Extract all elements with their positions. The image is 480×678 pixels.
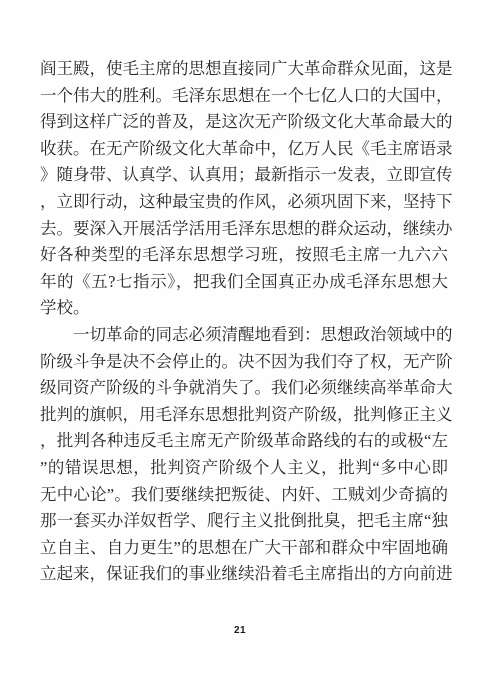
text-line: ，立即行动，这种最宝贵的作风，必须巩固下来，坚持下 [40,189,448,216]
text-line: 级同资产阶级的斗争就消失了。我们必须继续高举革命大 [40,375,448,402]
text-line: 那一套买办洋奴哲学、爬行主义批倒批臭，把毛主席“独 [40,508,448,535]
body-text: 阎王殿，使毛主席的思想直接同广大革命群众见面，这是 一个伟大的胜利。毛泽东思想在… [40,56,448,588]
text-line: 无中心论”。我们要继续把叛徒、内奸、工贼刘少奇搞的 [40,482,448,509]
text-line: 一个伟大的胜利。毛泽东思想在一个七亿人口的大国中， [40,83,448,110]
text-line: 批判的旗帜，用毛泽东思想批判资产阶级，批判修正主义 [40,402,448,429]
text-line: 阶级斗争是决不会停止的。决不因为我们夺了权，无产阶 [40,349,448,376]
document-page: 阎王殿，使毛主席的思想直接同广大革命群众见面，这是 一个伟大的胜利。毛泽东思想在… [0,0,480,678]
text-line: 得到这样广泛的普及，是这次无产阶级文化大革命最大的 [40,109,448,136]
text-line: 立起来，保证我们的事业继续沿着毛主席指出的方向前进 [40,561,448,588]
text-line: 立自主、自力更生”的思想在广大干部和群众中牢固地确 [40,535,448,562]
text-line: 阎王殿，使毛主席的思想直接同广大革命群众见面，这是 [40,56,448,83]
text-line: 好各种类型的毛泽东思想学习班，按照毛主席一九六六 [40,242,448,269]
text-line: ，批判各种违反毛主席无产阶级革命路线的右的或极“左 [40,428,448,455]
text-line: 年的《五?七指示》，把我们全国真正办成毛泽东思想大 [40,269,448,296]
text-line-paragraph-start: 一切革命的同志必须清醒地看到：思想政治领域中的 [40,322,448,349]
text-line-paragraph-end: 学校。 [40,295,448,322]
text-line: 》随身带、认真学、认真用；最新指示一发表，立即宣传 [40,162,448,189]
text-line: ”的错误思想，批判资产阶级个人主义，批判“多中心即 [40,455,448,482]
text-line: 收获。在无产阶级文化大革命中，亿万人民《毛主席语录 [40,136,448,163]
page-number: 21 [0,625,480,636]
text-line: 去。要深入开展活学活用毛泽东思想的群众运动，继续办 [40,216,448,243]
